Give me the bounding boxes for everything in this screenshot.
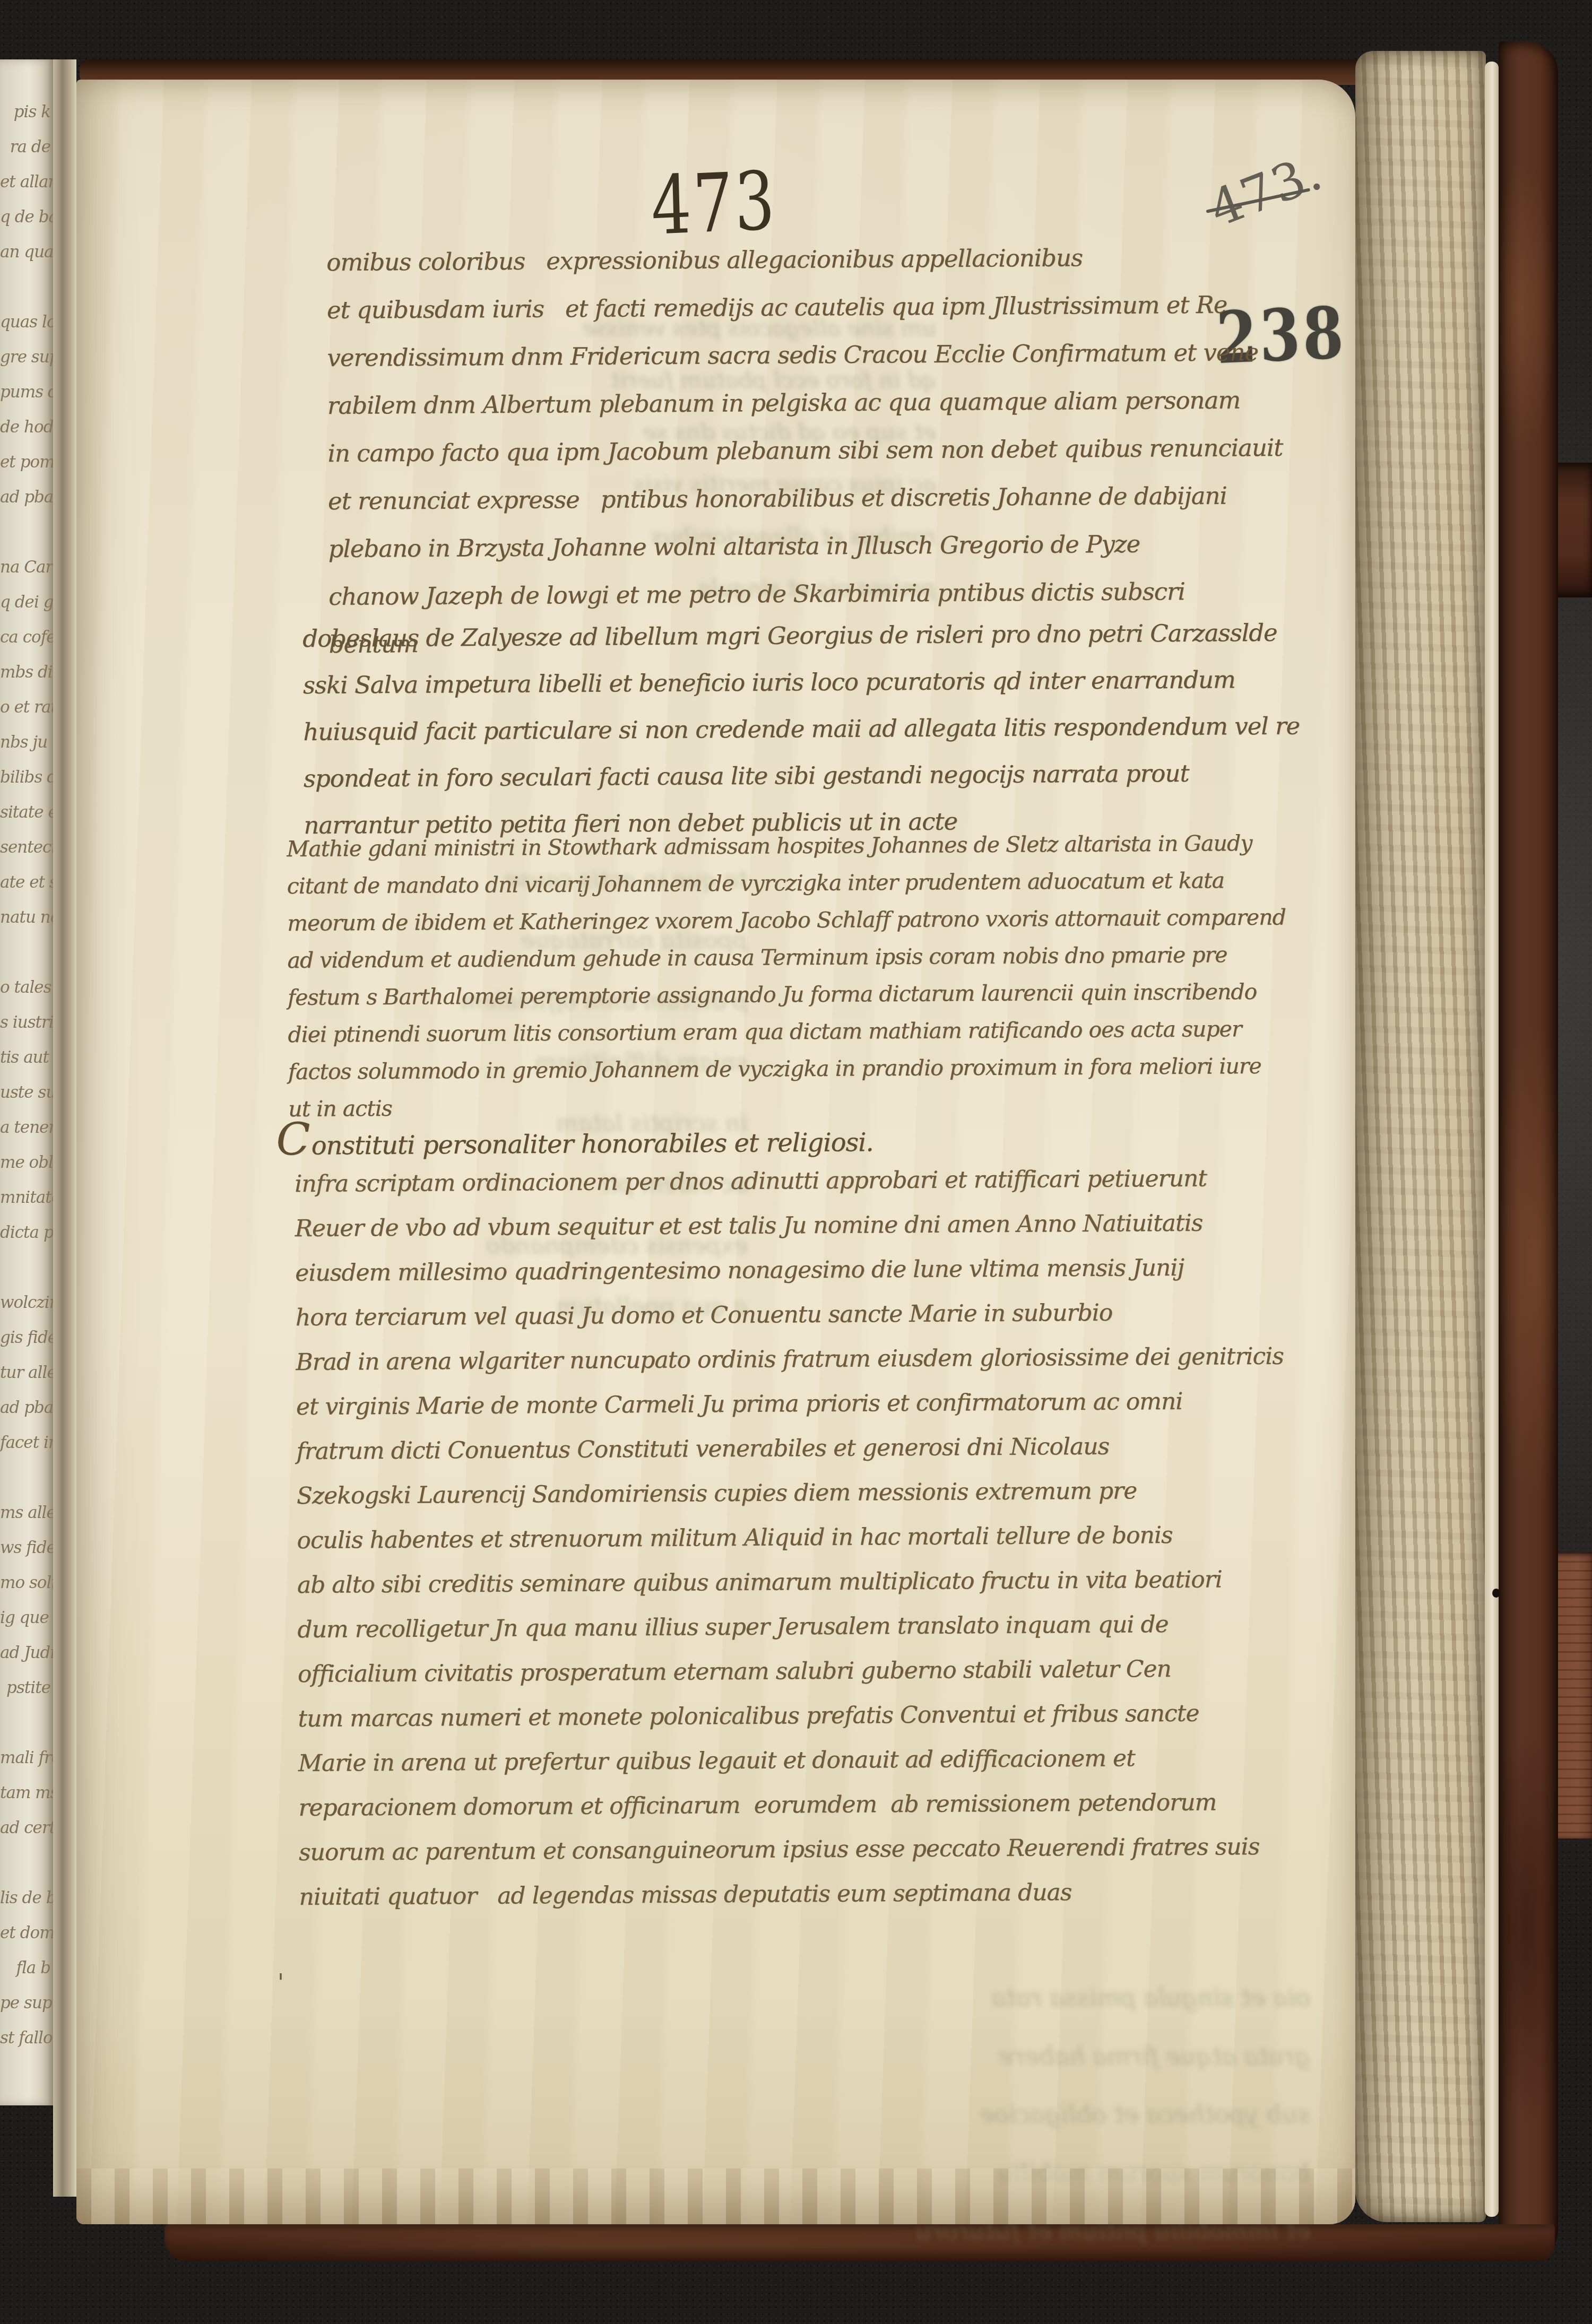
leather-cover-right bbox=[1499, 41, 1558, 2261]
manuscript-line: factos solummodo in gremio Johannem de v… bbox=[288, 1047, 1287, 1090]
manuscript-line: festum s Barthalomei peremptorie assigna… bbox=[288, 973, 1286, 1016]
manuscript-line: ad certu bbox=[0, 1810, 53, 1845]
manuscript-line: st fallor c bbox=[0, 2021, 53, 2056]
manuscript-line bbox=[0, 1460, 53, 1495]
manuscript-line: fratrum dicti Conuentus Constituti vener… bbox=[296, 1424, 1284, 1474]
manuscript-line bbox=[0, 935, 53, 970]
manuscript-line bbox=[0, 1250, 53, 1285]
manuscript-line: Brad in arena wlgariter nuncupato ordini… bbox=[296, 1334, 1284, 1385]
manuscript-line: facet indu bbox=[0, 1425, 53, 1460]
manuscript-line: tur alleg bbox=[0, 1355, 53, 1390]
manuscript-line: ws fideliu bbox=[0, 1530, 53, 1565]
manuscript-line: verendissimum dnm Fridericum sacra sedis… bbox=[327, 328, 1282, 382]
manuscript-line: officialium civitatis prosperatum eterna… bbox=[298, 1646, 1286, 1697]
manuscript-line: an qua pa bbox=[0, 235, 53, 270]
manuscript-line: s iustris Tam bbox=[0, 1005, 53, 1040]
manuscript-line: ca cofessione bbox=[0, 620, 53, 655]
manuscript-line: o tales falsi bbox=[0, 970, 53, 1005]
manuscript-line: ad videndum et audiendum gehude in causa… bbox=[287, 936, 1286, 979]
manuscript-line: uste sustinui bbox=[0, 1075, 53, 1110]
manuscript-line: dobeslaus de Zalyesze ad libellum mgri G… bbox=[302, 610, 1299, 662]
manuscript-line: citant de mandato dni vicarij Johannem d… bbox=[287, 862, 1285, 905]
entry-paragraph-2: dobeslaus de Zalyesze ad libellum mgri G… bbox=[302, 610, 1300, 849]
manuscript-line: ms allegat bbox=[0, 1495, 53, 1530]
nail-hole bbox=[1492, 1589, 1500, 1598]
manuscript-line: eiusdem millesimo quadringentesimo nonag… bbox=[295, 1245, 1283, 1296]
manuscript-line bbox=[0, 270, 53, 305]
manuscript-line: Reuer de vbo ad vbum sequitur et est tal… bbox=[295, 1201, 1283, 1251]
manuscript-line bbox=[0, 59, 53, 94]
manuscript-line: mnitate et a bbox=[0, 1180, 53, 1215]
manuscript-line: et quibusdam iuris et facti remedijs ac … bbox=[327, 281, 1282, 334]
gutter-fold bbox=[53, 59, 76, 2197]
manuscript-line: et virginis Marie de monte Carmeli Ju pr… bbox=[296, 1379, 1284, 1429]
manuscript-line: tam msum bbox=[0, 1775, 53, 1810]
worn-bottom-edge bbox=[76, 2169, 1355, 2224]
manuscript-line: ad Judiciu bbox=[0, 1635, 53, 1670]
stray-ink-mark: ' bbox=[278, 1970, 284, 1997]
manuscript-line: a tenere m bbox=[0, 1110, 53, 1145]
manuscript-line: oculis habentes et strenuorum militum Al… bbox=[297, 1513, 1285, 1563]
manuscript-line: omibus coloribus expressionibus allegaci… bbox=[326, 233, 1282, 287]
entry-paragraph-4: infra scriptam ordinacionem per dnos adi… bbox=[295, 1156, 1287, 1920]
manuscript-line: mo solidos bbox=[0, 1565, 53, 1600]
manuscript-line: q dei gra d bbox=[0, 585, 53, 620]
manuscript-line: quas lom bbox=[0, 305, 53, 340]
manuscript-line: sitate expressi bbox=[0, 795, 53, 830]
manuscript-line bbox=[0, 515, 53, 550]
manuscript-line: mali froni bbox=[0, 1740, 53, 1775]
manuscript-line: huiusquid facit particulare si non crede… bbox=[303, 703, 1300, 756]
manuscript-line: Szekogski Laurencij Sandomiriensis cupie… bbox=[297, 1468, 1285, 1519]
manuscript-line: pis k bbox=[0, 94, 53, 129]
leather-cover-bottom bbox=[165, 2224, 1555, 2261]
manuscript-line bbox=[0, 2056, 53, 2091]
manuscript-line: plebano in Brzysta Johanne wolni altaris… bbox=[328, 519, 1283, 573]
manuscript-line: suorum ac parentum et consanguineorum ip… bbox=[299, 1825, 1287, 1875]
manuscript-line: ad pbadu bbox=[0, 1390, 53, 1425]
manuscript-line: dum recolligetur Jn qua manu illius supe… bbox=[297, 1602, 1285, 1652]
manuscript-line: mbs dictus d bbox=[0, 655, 53, 690]
manuscript-line: oia et singula pmissa rata bbox=[90, 1969, 1310, 2027]
manuscript-line: niuitati quatuor ad legendas missas depu… bbox=[299, 1869, 1287, 1920]
manuscript-line: ra de bbox=[0, 129, 53, 164]
manuscript-line: me obligo si bbox=[0, 1145, 53, 1180]
manuscript-line: grata atque firma habere bbox=[90, 2027, 1310, 2085]
manuscript-line: sski Salva impetura libelli et beneficio… bbox=[303, 656, 1300, 709]
manuscript-line: pums dns bbox=[0, 375, 53, 410]
manuscript-line: et allans bbox=[0, 164, 53, 200]
manuscript-line: ig que no bbox=[0, 1600, 53, 1635]
entry-paragraph-3: Mathie gdani ministri in Stowthark admis… bbox=[287, 825, 1287, 1128]
folio-number-struck-text: 473. bbox=[1202, 143, 1330, 239]
manuscript-line: natu necesse bbox=[0, 900, 53, 935]
manuscript-line: gre sup bbox=[0, 340, 53, 375]
manuscript-line bbox=[0, 1845, 53, 1880]
manuscript-line: ate et sentecie bbox=[0, 865, 53, 900]
page-block-fore-edge bbox=[1355, 51, 1486, 2222]
entry-paragraph-1: omibus coloribus expressionibus allegaci… bbox=[326, 233, 1284, 669]
manuscript-line: tis aut cui bbox=[0, 1040, 53, 1075]
manuscript-line: tum marcas numeri et monete polonicalibu… bbox=[298, 1691, 1286, 1741]
manuscript-line: ad pbad bbox=[0, 480, 53, 515]
manuscript-line: nbs ju me ex bbox=[0, 725, 53, 760]
manuscript-line: ab alto sibi creditis seminare quibus an… bbox=[297, 1557, 1285, 1608]
manuscript-line: meorum de ibidem et Katheringez vxorem J… bbox=[287, 899, 1286, 942]
manuscript-line: et domini bbox=[0, 1915, 53, 1950]
manuscript-line: gis fide bbox=[0, 1320, 53, 1355]
paper-guard-sliver bbox=[1485, 62, 1499, 2217]
manuscript-line: sub ypotheca et obligacioe bbox=[90, 2085, 1310, 2144]
manuscript-line: rabilem dnm Albertum plebanum in pelgisk… bbox=[327, 376, 1283, 430]
manuscript-line: in campo facto qua ipm Jacobum plebanum … bbox=[327, 424, 1283, 478]
manuscript-line: de hodie bbox=[0, 410, 53, 445]
manuscript-photo: { "folios": { "ink_number": "473", "stru… bbox=[0, 0, 1592, 2324]
manuscript-line: fla b bbox=[0, 1950, 53, 1985]
manuscript-line: diei ptinendi suorum litis consortium er… bbox=[288, 1010, 1286, 1053]
manuscript-line: q de bapl bbox=[0, 200, 53, 235]
manuscript-line: o et rata hab bbox=[0, 690, 53, 725]
previous-page-strip: pis kra deet allansq de baplan qua pa qu… bbox=[0, 59, 53, 2105]
folio-number-struck-out: 473. bbox=[1202, 143, 1330, 239]
manuscript-line: pe sup bbox=[0, 1985, 53, 2021]
manuscript-line: dicta pl bbox=[0, 1215, 53, 1250]
manuscript-line: et poma bbox=[0, 445, 53, 480]
manuscript-line: et renunciat expresse pntibus honorabili… bbox=[328, 472, 1283, 525]
manuscript-line: Mathie gdani ministri in Stowthark admis… bbox=[287, 825, 1285, 868]
manuscript-line: bilibs domino bbox=[0, 760, 53, 795]
manuscript-page: um sine allegacois ptes venisseqd in for… bbox=[76, 80, 1355, 2224]
manuscript-line: pstite bbox=[0, 1670, 53, 1705]
manuscript-line bbox=[0, 1705, 53, 1740]
manuscript-line: wolczin bbox=[0, 1285, 53, 1320]
manuscript-line: Marie in arena ut prefertur quibus legau… bbox=[298, 1736, 1286, 1786]
manuscript-line: hora terciarum vel quasi Ju domo et Conu… bbox=[296, 1290, 1284, 1340]
manuscript-line: spondeat in foro seculari facti causa li… bbox=[304, 750, 1300, 802]
manuscript-line: reparacionem domorum et officinarum eoru… bbox=[298, 1780, 1286, 1831]
manuscript-line: sentecie Sen bbox=[0, 830, 53, 865]
manuscript-line: lis de b bbox=[0, 1880, 53, 1915]
manuscript-line: na Carteri bbox=[0, 550, 53, 585]
manuscript-line: infra scriptam ordinacionem per dnos adi… bbox=[295, 1156, 1283, 1207]
